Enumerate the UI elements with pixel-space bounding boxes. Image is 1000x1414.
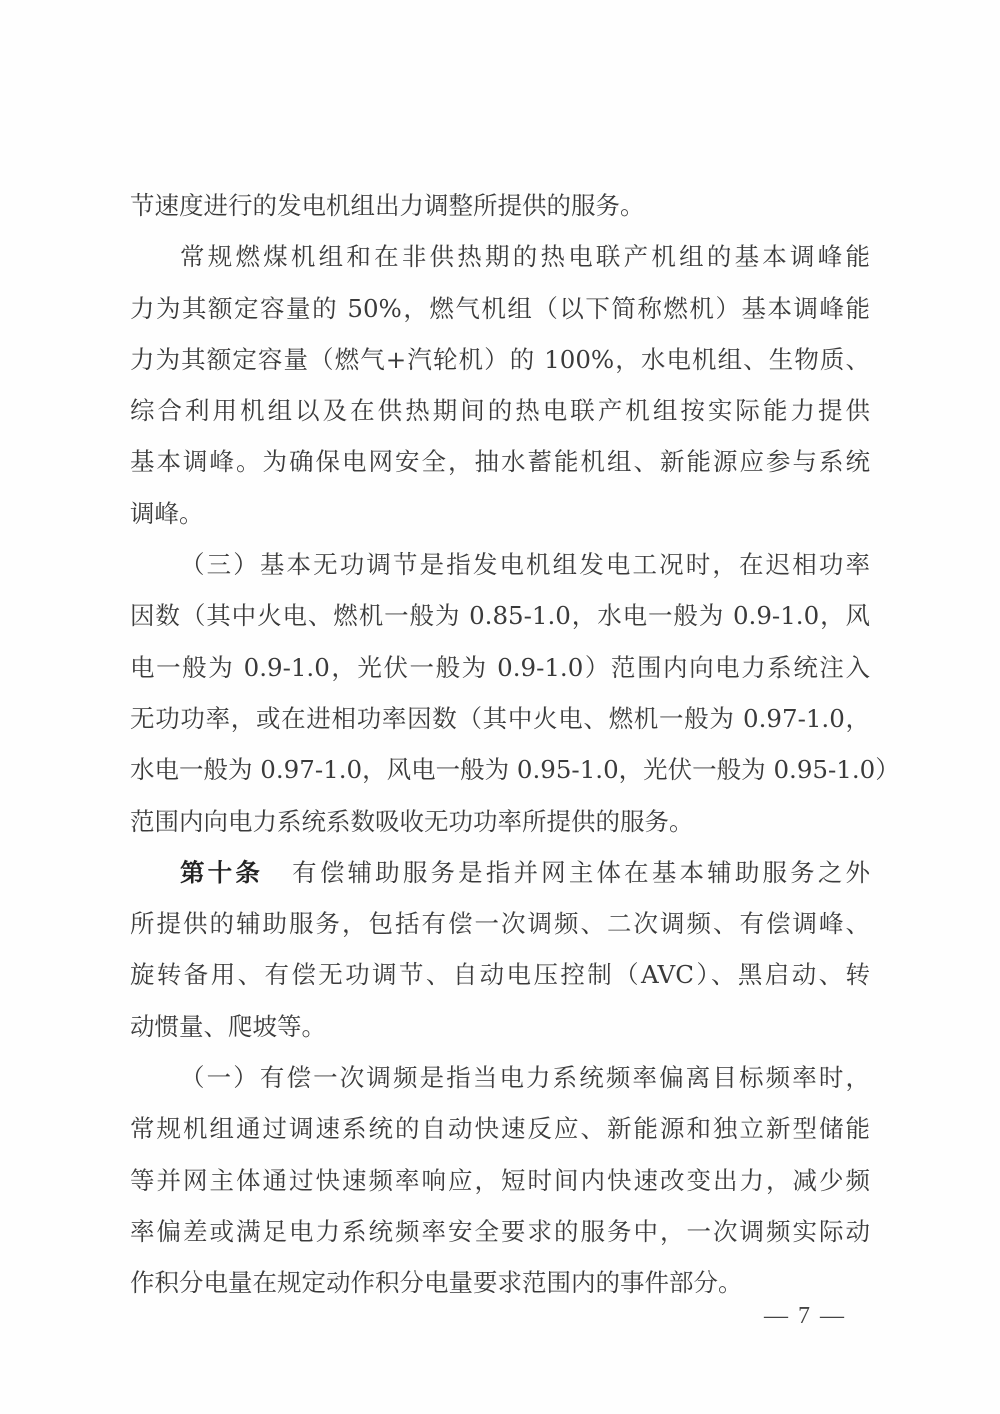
text-line: 无功功率，或在进相功率因数（其中火电、燃机一般为 0.97-1.0，	[130, 693, 870, 744]
text-line: 电一般为 0.9-1.0，光伏一般为 0.9-1.0）范围内向电力系统注入	[130, 642, 870, 693]
article-heading: 第十条	[180, 858, 263, 887]
paragraph-continuation: 节速度进行的发电机组出力调整所提供的服务。	[130, 180, 870, 231]
text-line: 调峰。	[130, 488, 870, 539]
text-line: 力为其额定容量（燃气+汽轮机）的 100%，水电机组、生物质、	[130, 334, 870, 385]
text-line: 力为其额定容量的 50%，燃气机组（以下简称燃机）基本调峰能	[130, 283, 870, 334]
text-line: 常规机组通过调速系统的自动快速反应、新能源和独立新型储能	[130, 1103, 870, 1154]
text-line: 等并网主体通过快速频率响应，短时间内快速改变出力，减少频	[130, 1155, 870, 1206]
text-line: 旋转备用、有偿无功调节、自动电压控制（AVC）、黑启动、转	[130, 949, 870, 1000]
text-line: 率偏差或满足电力系统频率安全要求的服务中，一次调频实际动	[130, 1206, 870, 1257]
text-line: 节速度进行的发电机组出力调整所提供的服务。	[130, 180, 870, 231]
paragraph-basic-reactive-regulation: （三）基本无功调节是指发电机组发电工况时，在迟相功率 因数（其中火电、燃机一般为…	[130, 539, 870, 847]
article-text: 有偿辅助服务是指并网主体在基本辅助服务之外	[289, 858, 870, 887]
paragraph-basic-peak-regulation: 常规燃煤机组和在非供热期的热电联产机组的基本调峰能 力为其额定容量的 50%，燃…	[130, 231, 870, 539]
text-line: （三）基本无功调节是指发电机组发电工况时，在迟相功率	[130, 539, 870, 590]
article-10: 第十条有偿辅助服务是指并网主体在基本辅助服务之外 所提供的辅助服务，包括有偿一次…	[130, 847, 870, 1052]
text-line: 范围内向电力系统系数吸收无功功率所提供的服务。	[130, 796, 870, 847]
text-line: 常规燃煤机组和在非供热期的热电联产机组的基本调峰能	[130, 231, 870, 282]
text-line: 水电一般为 0.97-1.0，风电一般为 0.95-1.0，光伏一般为 0.95…	[130, 744, 870, 795]
document-page: 节速度进行的发电机组出力调整所提供的服务。 常规燃煤机组和在非供热期的热电联产机…	[0, 0, 1000, 1414]
text-line: 基本调峰。为确保电网安全，抽水蓄能机组、新能源应参与系统	[130, 436, 870, 487]
page-number: — 7 —	[760, 1303, 850, 1330]
document-body: 节速度进行的发电机组出力调整所提供的服务。 常规燃煤机组和在非供热期的热电联产机…	[130, 180, 870, 1309]
text-line: 综合利用机组以及在供热期间的热电联产机组按实际能力提供	[130, 385, 870, 436]
text-line: 因数（其中火电、燃机一般为 0.85-1.0，水电一般为 0.9-1.0，风	[130, 590, 870, 641]
paragraph-paid-primary-frequency: （一）有偿一次调频是指当电力系统频率偏离目标频率时， 常规机组通过调速系统的自动…	[130, 1052, 870, 1308]
text-line: 所提供的辅助服务，包括有偿一次调频、二次调频、有偿调峰、	[130, 898, 870, 949]
text-line: （一）有偿一次调频是指当电力系统频率偏离目标频率时，	[130, 1052, 870, 1103]
text-line: 动惯量、爬坡等。	[130, 1001, 870, 1052]
text-line: 第十条有偿辅助服务是指并网主体在基本辅助服务之外	[130, 847, 870, 898]
text-line: 作积分电量在规定动作积分电量要求范围内的事件部分。	[130, 1257, 870, 1308]
